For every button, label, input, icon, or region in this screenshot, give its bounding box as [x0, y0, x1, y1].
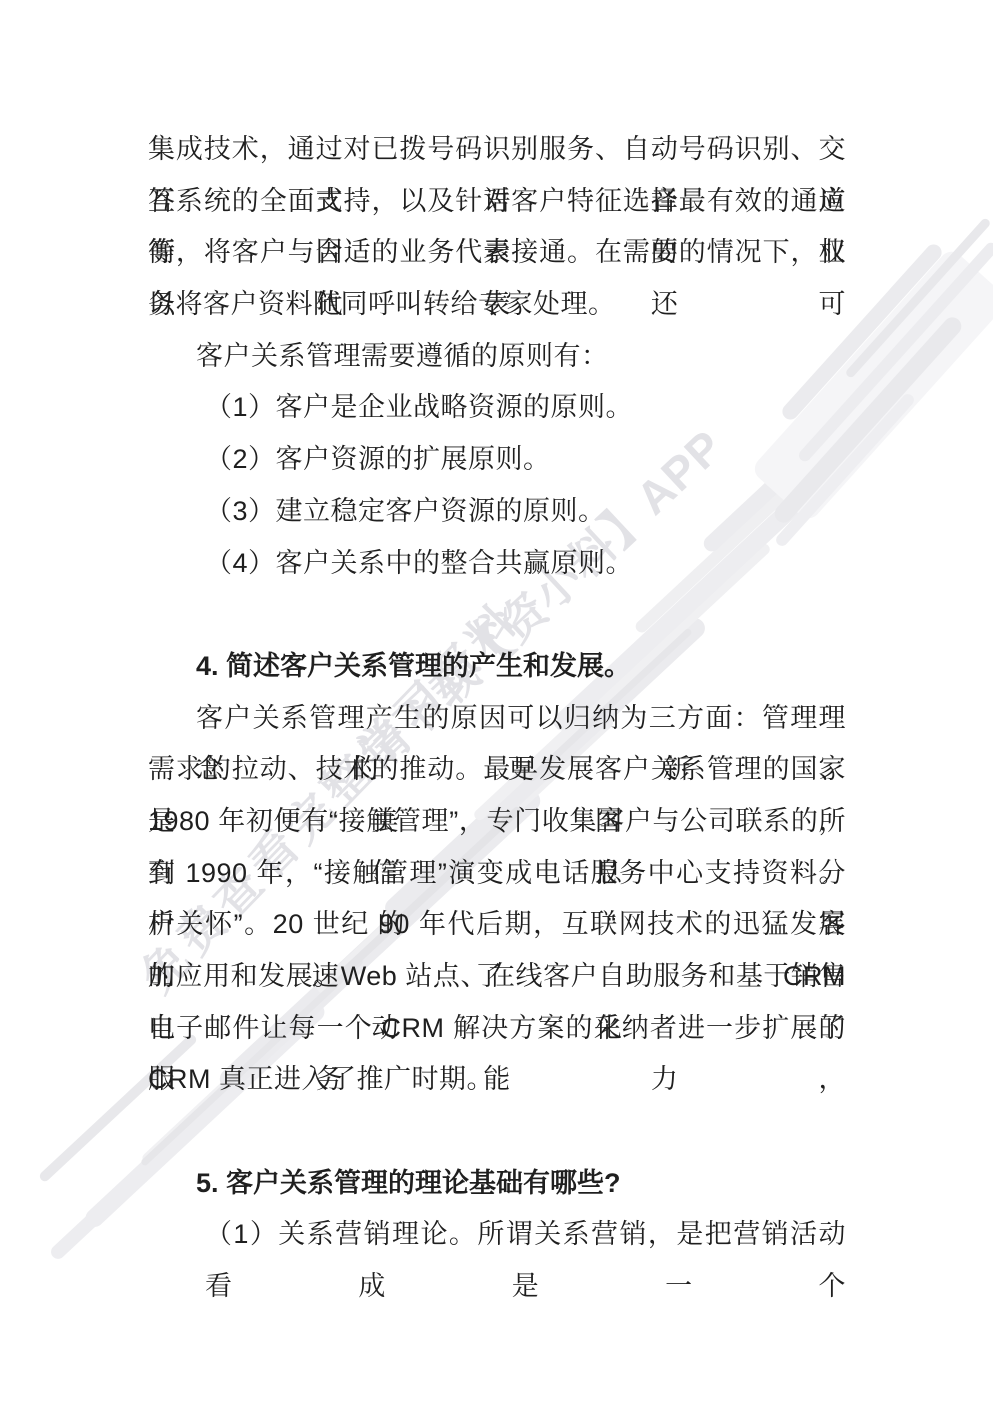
body-line: 衡，将客户与合适的业务代表接通。在需要的情况下，业务代表还可: [148, 227, 846, 279]
question-5-heading: 5. 客户关系管理的理论基础有哪些?: [148, 1158, 846, 1210]
principles-intro: 客户关系管理需要遵循的原则有：: [148, 331, 846, 383]
body-line: 集成技术，通过对已拨号码识别服务、自动号码识别、交互式语音应: [148, 124, 846, 176]
q5-body-line: （1）关系营销理论。所谓关系营销，是把营销活动看成是一个: [148, 1209, 846, 1261]
q4-body-line: 户关怀”。20 世纪 90 年代后期，互联网技术的迅猛发展加速了 CRM: [148, 899, 846, 951]
document-page: 免费查看完整学习资料 请下载【资小料】APP 集成技术，通过对已拨号码识别服务、…: [0, 0, 993, 1404]
document-body: 集成技术，通过对已拨号码识别服务、自动号码识别、交互式语音应 答系统的全面支持，…: [148, 124, 846, 1261]
principle-item-4: （4）客户关系中的整合共赢原则。: [148, 538, 846, 590]
principle-item-3: （3）建立稳定客户资源的原则。: [148, 486, 846, 538]
q4-body-line: 到 1990 年，“接触管理”演变成电话服务中心支持资料分析的“客: [148, 848, 846, 900]
q4-body-line: 需求的拉动、技术的推动。最早发展客户关系管理的国家是美国，: [148, 744, 846, 796]
principle-item-1: （1）客户是企业战略资源的原则。: [148, 382, 846, 434]
blank-line: [148, 589, 846, 641]
q4-body-line: 1980 年初便有“接触管理”，专门收集客户与公司联系的所有信息。: [148, 796, 846, 848]
body-line: 答系统的全面支持，以及针对客户特征选择最有效的通道等因素的权: [148, 176, 846, 228]
q4-body-line: 电子邮件让每一个 CRM 解决方案的采纳者进一步扩展了服务能力，: [148, 1003, 846, 1055]
q4-body-line: 的应用和发展。Web 站点、在线客户自助服务和基于销售自动化的: [148, 951, 846, 1003]
watermark-streak: [844, 217, 991, 379]
question-4-heading: 4. 简述客户关系管理的产生和发展。: [148, 641, 846, 693]
q4-body-line: 客户关系管理产生的原因可以归纳为三方面：管理理念的更新、: [148, 693, 846, 745]
blank-line: [148, 1106, 846, 1158]
principle-item-2: （2）客户资源的扩展原则。: [148, 434, 846, 486]
